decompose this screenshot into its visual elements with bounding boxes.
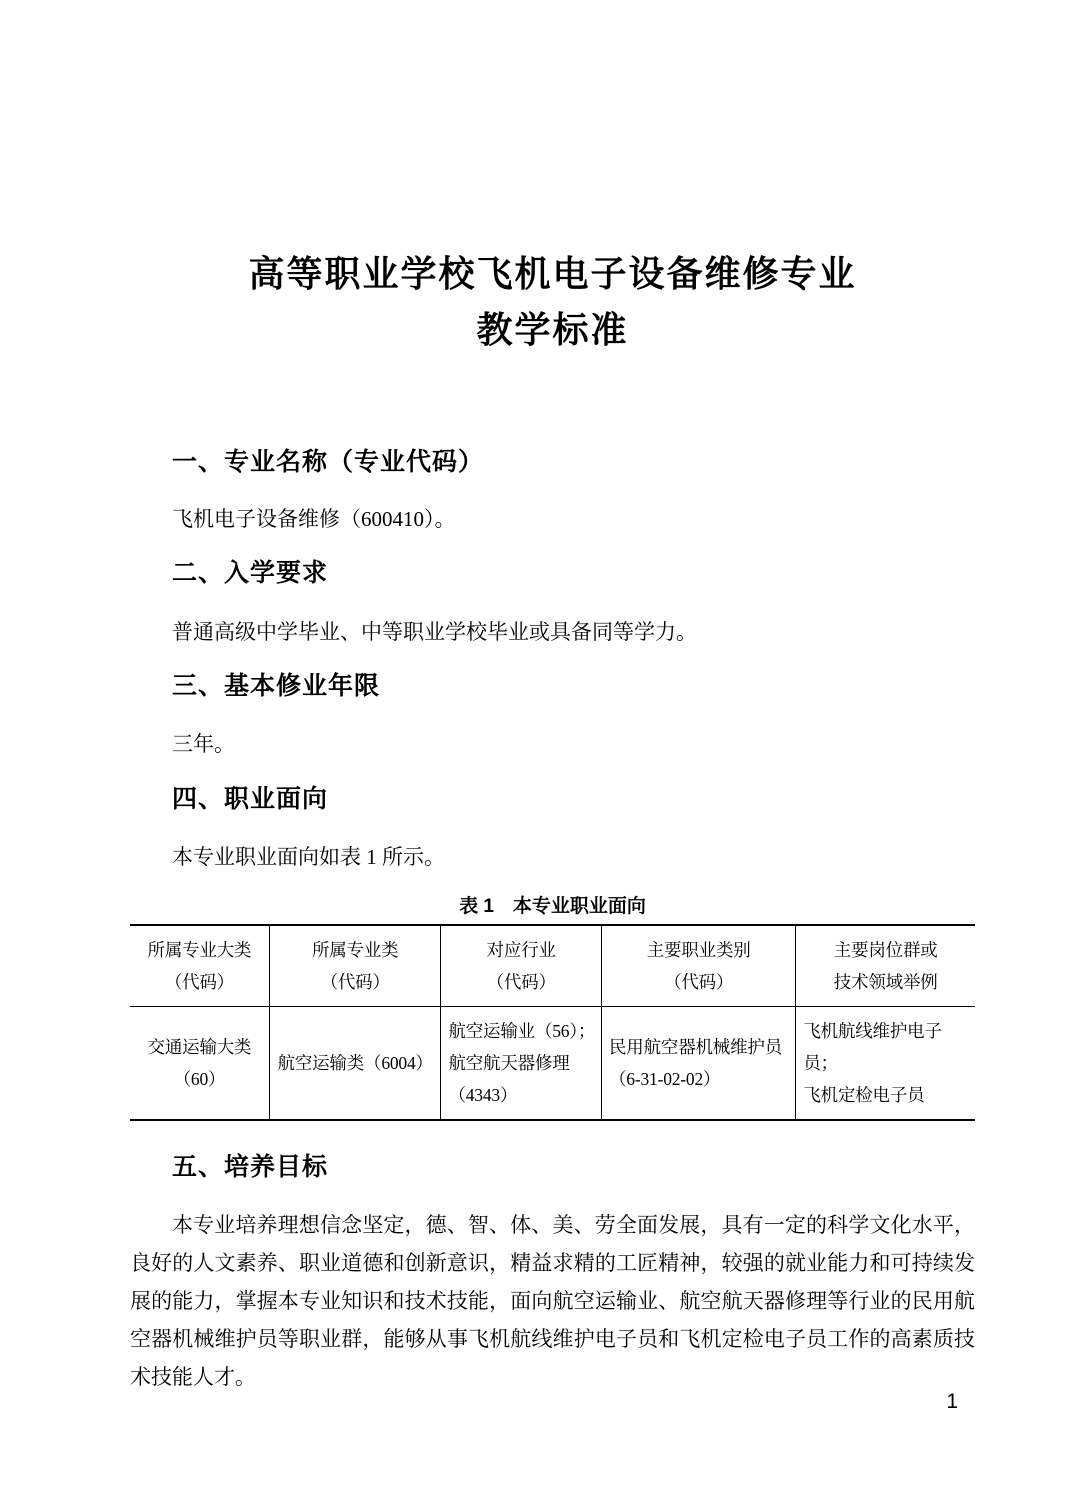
document-title-line2: 教学标准 [130,306,975,354]
table-header-row: 所属专业大类 （代码） 所属专业类 （代码） 对应行业 （代码） 主要职业类别 … [130,925,975,1007]
section-heading-5: 五、培养目标 [130,1152,1017,1184]
table-cell-industry: 航空运输业（56）； 航空航天器修理 （4343） [441,1007,602,1121]
table-cell-category: 航空运输类（6004） [269,1007,441,1121]
table-header-cell-major-category: 所属专业大类 （代码） [130,925,269,1007]
page-number: 1 [130,1390,958,1414]
table-row: 交通运输大类 （60） 航空运输类（6004） 航空运输业（56）； 航空航天器… [130,1007,975,1121]
table-cell-occupation: 民用航空器机械维护员 （6-31-02-02） [602,1007,796,1121]
section-body-4: 本专业职业面向如表 1 所示。 [130,840,1017,874]
section-heading-1: 一、专业名称（专业代码） [130,447,1017,479]
section-body-1: 飞机电子设备维修（600410）。 [130,502,1017,536]
table-header-cell-industry: 对应行业 （代码） [441,925,602,1007]
section-heading-3: 三、基本修业年限 [130,671,1017,703]
section-body-5: 本专业培养理想信念坚定，德、智、体、美、劳全面发展，具有一定的科学文化水平，良好… [130,1206,975,1396]
table-cell-post-examples: 飞机航线维护电子员； 飞机定检电子员 [796,1007,975,1121]
table-cell-major-category: 交通运输大类 （60） [130,1007,269,1121]
section-body-2: 普通高级中学毕业、中等职业学校毕业或具备同等学力。 [130,615,1017,649]
document-title-line1: 高等职业学校飞机电子设备维修专业 [130,250,975,298]
occupation-table-container: 所属专业大类 （代码） 所属专业类 （代码） 对应行业 （代码） 主要职业类别 … [130,924,975,1121]
occupation-table: 所属专业大类 （代码） 所属专业类 （代码） 对应行业 （代码） 主要职业类别 … [130,924,975,1121]
table-header-cell-occupation: 主要职业类别 （代码） [602,925,796,1007]
section-body-3: 三年。 [130,727,1017,761]
table-caption: 表 1 本专业职业面向 [130,895,975,919]
document-page: 高等职业学校飞机电子设备维修专业 教学标准 一、专业名称（专业代码） 飞机电子设… [0,0,1082,1508]
table-header-cell-post-examples: 主要岗位群或 技术领域举例 [796,925,975,1007]
document-title: 高等职业学校飞机电子设备维修专业 教学标准 [130,250,975,354]
section-heading-4: 四、职业面向 [130,784,1017,816]
table-header-cell-category: 所属专业类 （代码） [269,925,441,1007]
section-heading-2: 二、入学要求 [130,558,1017,590]
